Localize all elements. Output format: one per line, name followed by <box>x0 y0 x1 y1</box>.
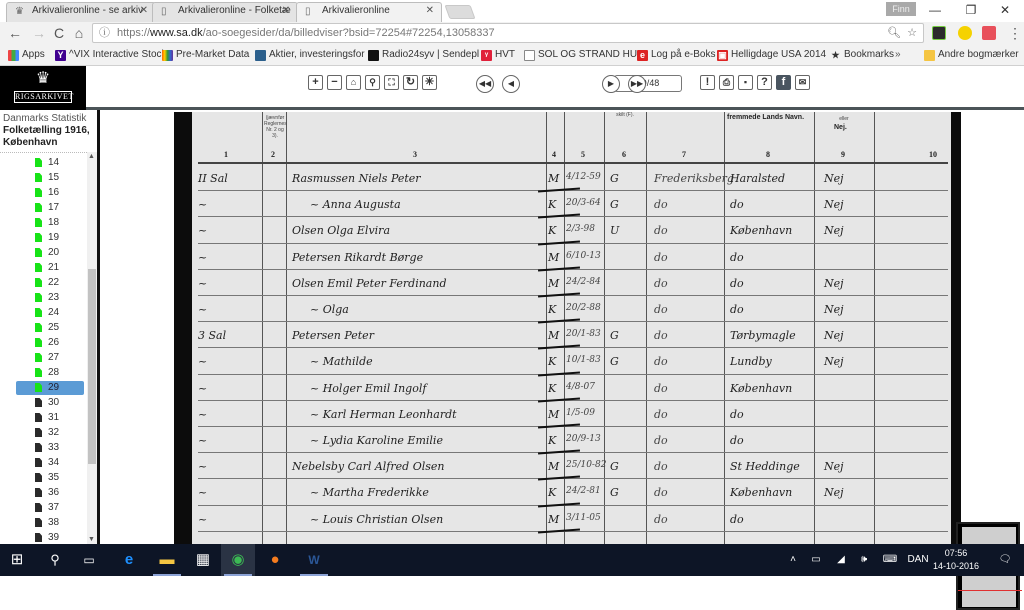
bookmark-apps[interactable]: Apps <box>8 48 45 62</box>
cell-birth-date: 4/12-59 <box>566 172 601 182</box>
cell-sex: M <box>548 251 559 264</box>
bookmark-premarket[interactable]: Pre-Market Data <box>162 48 249 62</box>
tree-item-page[interactable]: 27 <box>16 351 84 365</box>
cell-sex: M <box>548 408 559 421</box>
word-icon[interactable]: W <box>297 544 331 576</box>
browser-tab-2[interactable]: ▯ Arkivalieronline - Folketæ ✕ <box>152 2 298 22</box>
tree-item-page[interactable]: 26 <box>16 336 84 350</box>
cell-birth-date: 24/2-81 <box>566 486 601 496</box>
cell-birthplace: Frederiksberg <box>654 172 734 185</box>
restore-button[interactable]: ❐ <box>956 2 986 18</box>
tree-item-page[interactable]: 17 <box>16 201 84 215</box>
cell-birth-country: København <box>730 382 792 395</box>
cell-answer: Nej <box>824 486 844 499</box>
column-9-header-small: eller <box>824 116 864 122</box>
file-icon <box>35 428 42 437</box>
store-icon[interactable]: ▦ <box>186 544 220 576</box>
cell-answer: Nej <box>824 460 844 473</box>
cell-birth-date: 25/10-82 <box>566 460 606 470</box>
tree-item-label: 14 <box>48 157 59 168</box>
tree-item-label: 30 <box>48 397 59 408</box>
tree-item-label: 31 <box>48 412 59 423</box>
header-rule <box>198 162 948 164</box>
cell-answer: Nej <box>824 198 844 211</box>
cell-birth-country: do <box>730 434 744 447</box>
reload-button[interactable]: C <box>50 24 68 42</box>
cell-birthplace: do <box>654 486 668 499</box>
url-scheme: https:// <box>117 27 150 39</box>
rigsarkivet-logo[interactable]: ♛ Rigsarkivet <box>0 66 86 110</box>
tree-item-page[interactable]: 30 <box>16 396 84 410</box>
cell-name: Petersen Rikardt Børge <box>292 251 423 264</box>
rotate-button[interactable]: ↻ <box>403 75 418 90</box>
cell-floor: ~ <box>198 277 207 290</box>
file-icon <box>35 353 42 362</box>
crown-icon: ♛ <box>31 70 55 88</box>
firefox-icon[interactable]: ● <box>258 544 292 576</box>
zoom-out-button[interactable]: − <box>327 75 342 90</box>
cell-birthplace: do <box>654 198 668 211</box>
cell-answer: Nej <box>824 303 844 316</box>
document-viewer[interactable]: 12345678910(jævnfør Reglernes Nr. 2 og 3… <box>103 110 1024 544</box>
tree-item-label: 23 <box>48 292 59 303</box>
cell-floor: ~ <box>198 355 207 368</box>
tally-stroke <box>538 397 580 402</box>
fit-screen-button[interactable]: ⛶ <box>384 75 399 90</box>
close-tab-icon[interactable]: ✕ <box>282 2 290 20</box>
back-button[interactable]: ← <box>6 24 24 42</box>
battery-icon[interactable]: ▭ <box>808 544 824 576</box>
column-number: 9 <box>841 150 845 159</box>
cell-name: ~ Mathilde <box>310 355 373 368</box>
scroll-up-arrow[interactable]: ▲ <box>88 153 95 160</box>
close-window-button[interactable]: ✕ <box>990 2 1020 18</box>
new-tab-button[interactable] <box>444 5 475 19</box>
facebook-share-button[interactable]: f <box>776 75 791 90</box>
tree-item-label: 22 <box>48 277 59 288</box>
cell-name: ~ Holger Emil Ingolf <box>310 382 426 395</box>
cell-floor: ~ <box>198 486 207 499</box>
file-icon <box>35 383 42 392</box>
tally-stroke <box>538 528 580 533</box>
tally-stroke <box>538 502 580 507</box>
file-icon <box>35 248 42 257</box>
stocks-icon <box>255 50 266 61</box>
url-domain: www.sa.dk <box>150 27 203 39</box>
cell-name: ~ Louis Christian Olsen <box>310 513 443 526</box>
cell-sex: M <box>548 172 559 185</box>
task-view-icon[interactable]: ▭ <box>72 544 106 576</box>
cell-birth-country: do <box>730 513 744 526</box>
pdf-extension-icon[interactable] <box>982 26 996 40</box>
cell-birth-date: 20/2-88 <box>566 303 601 313</box>
row-rule <box>198 426 948 427</box>
cell-name: ~ Lydia Karoline Emilie <box>310 434 443 447</box>
cell-answer: Nej <box>824 329 844 342</box>
tab-title: Arkivalieronline - Folketæ <box>178 5 291 16</box>
cell-civil-status: G <box>610 198 619 211</box>
tree-item-page[interactable]: 39 <box>16 531 84 544</box>
wifi-icon[interactable]: ◢ <box>834 544 848 576</box>
row-rule <box>198 478 948 479</box>
tree-item-page[interactable]: 21 <box>16 261 84 275</box>
tree-item-label: 39 <box>48 532 59 543</box>
cell-birth-country: do <box>730 303 744 316</box>
tab-title: Arkivalieronline - se arkiv <box>32 5 143 16</box>
cell-sex: K <box>548 303 556 316</box>
tree-item-label: 19 <box>48 232 59 243</box>
clock-time: 07:56 <box>928 547 984 560</box>
tree-item-page[interactable]: 16 <box>16 186 84 200</box>
cell-floor: ~ <box>198 303 207 316</box>
star-icon: ★ <box>830 50 841 61</box>
cell-birth-country: do <box>730 408 744 421</box>
tally-stroke <box>538 371 580 376</box>
tree-item-label: 37 <box>48 502 59 513</box>
calendar-icon: ▣ <box>717 50 728 61</box>
tree-item-label: 32 <box>48 427 59 438</box>
file-icon <box>35 263 42 272</box>
column-number: 5 <box>581 150 585 159</box>
cell-name: Nebelsby Carl Alfred Olsen <box>292 460 444 473</box>
browser-menu-icon[interactable]: ⋮ <box>1008 24 1022 42</box>
language-indicator[interactable]: DAN <box>906 544 930 576</box>
tree-item-page[interactable]: 35 <box>16 471 84 485</box>
bookmark-bookmarks-folder[interactable]: ★Bookmarks <box>830 48 894 62</box>
file-icon <box>35 293 42 302</box>
previous-page-button[interactable]: ◀ <box>502 75 520 93</box>
cell-floor: ~ <box>198 198 207 211</box>
cell-birth-date: 6/10-13 <box>566 251 601 261</box>
scan-border-left <box>174 112 192 544</box>
tree-item-page[interactable]: 37 <box>16 501 84 515</box>
file-icon <box>35 338 42 347</box>
page-icon: ▯ <box>161 6 171 17</box>
last-page-button[interactable]: ▶▶ <box>628 75 646 93</box>
cell-name: Rasmussen Niels Peter <box>292 172 421 185</box>
cell-civil-status: G <box>610 172 619 185</box>
bookmark-radio24syv[interactable]: Radio24syv | Sendepl <box>368 48 479 62</box>
windows-taskbar: ⊞ ⚲ ▭ e ▬ ▦ ◉ ● W ˄ ▭ ◢ 🕪︎ ⌨ DAN 07:56 1… <box>0 544 1024 576</box>
cell-civil-status: G <box>610 486 619 499</box>
chrome-icon[interactable]: ◉ <box>221 544 255 576</box>
bookmark-star-icon[interactable]: ☆ <box>907 24 917 42</box>
tree-item-label: 33 <box>48 442 59 453</box>
tree-item-page[interactable]: 20 <box>16 246 84 260</box>
archive-creator: Danmarks Statistik <box>3 113 97 125</box>
logo-text: Rigsarkivet <box>14 91 72 103</box>
tree-item-label: 38 <box>48 517 59 528</box>
tree-item-page[interactable]: 19 <box>16 231 84 245</box>
close-tab-icon[interactable]: ✕ <box>140 2 148 20</box>
cell-floor: ~ <box>198 408 207 421</box>
file-icon <box>35 398 42 407</box>
row-rule <box>198 216 948 217</box>
cell-floor: ~ <box>198 460 207 473</box>
folder-icon <box>924 50 935 61</box>
page-icon: ▯ <box>305 6 315 17</box>
bookmark-aktier[interactable]: Aktier, investeringsfor <box>255 48 365 62</box>
tree-item-label: 16 <box>48 187 59 198</box>
edge-icon[interactable]: e <box>112 544 146 576</box>
tree-item-page[interactable]: 14 <box>16 156 84 170</box>
forward-button[interactable]: → <box>30 24 48 42</box>
page-number-input[interactable]: 29/48 <box>614 75 682 92</box>
page-tree: 1415161718192021222324252627282930313233… <box>0 152 97 544</box>
tree-item-label: 17 <box>48 202 59 213</box>
tree-item-label: 18 <box>48 217 59 228</box>
bookmark-sol-og-strand[interactable]: SOL OG STRAND HUS <box>524 48 644 62</box>
tree-item-label: 26 <box>48 337 59 348</box>
tree-scrollbar[interactable]: ▲ ▼ <box>87 152 97 544</box>
file-icon <box>35 218 42 227</box>
file-icon <box>35 173 42 182</box>
cell-birth-date: 10/1-83 <box>566 355 601 365</box>
tree-item-page[interactable]: 38 <box>16 516 84 530</box>
tree-item-page[interactable]: 31 <box>16 411 84 425</box>
row-rule <box>198 190 948 191</box>
tally-stroke <box>538 240 580 245</box>
cell-birthplace: do <box>654 382 668 395</box>
keyboard-icon[interactable]: ⌨ <box>880 544 900 576</box>
image-viewer-toolbar: + − ⌂ ⚲ ⛶ ↻ ✳ ◀◀ ◀ 29/48 ▶ ▶▶ ! ⎙ ▪ ? f … <box>86 66 1024 98</box>
tree-item-page[interactable]: 24 <box>16 306 84 320</box>
cell-birthplace: do <box>654 355 668 368</box>
cell-birth-country: St Heddinge <box>730 460 800 473</box>
lock-button[interactable]: ⌂ <box>346 75 361 90</box>
cell-birthplace: do <box>654 513 668 526</box>
column-number: 2 <box>271 150 275 159</box>
cell-birth-date: 24/2-84 <box>566 277 601 287</box>
cell-floor: ~ <box>198 224 207 237</box>
home-button[interactable]: ⌂ <box>70 24 88 42</box>
column-2-header: (jævnfør Reglernes Nr. 2 og 3). <box>264 115 286 139</box>
cell-name: ~ Martha Frederikke <box>310 486 429 499</box>
cell-floor: 3 Sal <box>198 329 226 342</box>
tree-item-page[interactable]: 22 <box>16 276 84 290</box>
cell-floor: ~ <box>198 513 207 526</box>
cell-name: ~ Karl Herman Leonhardt <box>310 408 457 421</box>
address-bar[interactable]: ⓘ https://www.sa.dk/ao-soegesider/da/bil… <box>92 23 924 43</box>
column-number: 8 <box>766 150 770 159</box>
tree-item-label: 36 <box>48 487 59 498</box>
bookmark-vix[interactable]: Y^VIX Interactive Stock <box>55 48 167 62</box>
tree-item-label: 27 <box>48 352 59 363</box>
cell-name: Petersen Peter <box>292 329 374 342</box>
extension-icon-1[interactable] <box>932 26 946 40</box>
tree-item-page[interactable]: 23 <box>16 291 84 305</box>
report-error-button[interactable]: ! <box>700 75 715 90</box>
clock-date: 14-10-2016 <box>928 560 984 573</box>
tree-item-page[interactable]: 15 <box>16 171 84 185</box>
cell-birthplace: do <box>654 303 668 316</box>
sidebar-title: Danmarks Statistik Folketælling 1916, Kø… <box>3 113 97 149</box>
first-page-button[interactable]: ◀◀ <box>476 75 494 93</box>
column-number: 6 <box>622 150 626 159</box>
url-path: /ao-soegesider/da/billedviser?bsid=72254… <box>203 27 495 39</box>
row-rule <box>198 321 948 322</box>
cell-birthplace: do <box>654 460 668 473</box>
cell-civil-status: G <box>610 329 619 342</box>
file-icon <box>35 533 42 542</box>
nbc-peacock-icon <box>162 50 173 61</box>
row-rule <box>198 295 948 296</box>
cell-birth-country: do <box>730 251 744 264</box>
scroll-down-arrow[interactable]: ▼ <box>88 536 95 543</box>
tree-item-page[interactable]: 28 <box>16 366 84 380</box>
cell-birth-country: København <box>730 224 792 237</box>
cell-birthplace: do <box>654 408 668 421</box>
info-icon[interactable]: ⓘ <box>99 24 110 42</box>
volume-icon[interactable]: 🕪︎ <box>856 544 872 576</box>
tree-item-label: 29 <box>48 382 59 393</box>
file-icon <box>35 158 42 167</box>
browser-tab-1[interactable]: ♛ Arkivalieronline - se arkiv ✕ <box>6 2 156 22</box>
cell-civil-status: G <box>610 460 619 473</box>
cell-sex: M <box>548 329 559 342</box>
minimize-button[interactable]: — <box>920 2 950 18</box>
cell-civil-status: G <box>610 355 619 368</box>
scrollbar-thumb[interactable] <box>88 269 96 464</box>
print-button[interactable]: ⎙ <box>719 75 734 90</box>
archive-series: Folketælling 1916, København <box>3 125 97 149</box>
radio-icon <box>368 50 379 61</box>
cell-birth-date: 2/3-98 <box>566 224 595 234</box>
action-center-icon[interactable]: 🗨︎ <box>996 544 1014 576</box>
magnifier-button[interactable]: ⚲ <box>365 75 380 90</box>
web-page: ♛ Rigsarkivet + − ⌂ ⚲ ⛶ ↻ ✳ ◀◀ ◀ 29/48 ▶… <box>0 66 1024 544</box>
file-icon <box>35 503 42 512</box>
bookmark-eboks[interactable]: eLog på e-Boks <box>637 48 716 62</box>
browser-tab-strip: ♛ Arkivalieronline - se arkiv ✕ ▯ Arkiva… <box>0 0 1024 22</box>
cell-answer: Nej <box>824 355 844 368</box>
cell-birthplace: do <box>654 434 668 447</box>
cell-civil-status: U <box>610 224 619 237</box>
cell-birthplace: do <box>654 224 668 237</box>
column-9-header-bold: Nej. <box>834 124 847 131</box>
file-icon <box>35 443 42 452</box>
cell-birth-country: Lundby <box>730 355 772 368</box>
extension-icon-2[interactable] <box>958 26 972 40</box>
cell-birth-date: 20/9-13 <box>566 434 601 444</box>
cell-answer: Nej <box>824 224 844 237</box>
tree-item-label: 15 <box>48 172 59 183</box>
cell-name: Olsen Emil Peter Ferdinand <box>292 277 447 290</box>
cell-sex: K <box>548 382 556 395</box>
file-explorer-icon[interactable]: ▬ <box>150 544 184 576</box>
cell-birth-country: do <box>730 198 744 211</box>
tree-item-label: 35 <box>48 472 59 483</box>
tree-item-page[interactable]: 33 <box>16 441 84 455</box>
column-6-header: skilt (F). <box>606 112 644 118</box>
tab-title: Arkivalieronline <box>322 5 390 16</box>
tree-item-page[interactable]: 32 <box>16 426 84 440</box>
tree-item-label: 34 <box>48 457 59 468</box>
cell-birth-date: 20/1-83 <box>566 329 601 339</box>
profile-badge[interactable]: Finn <box>886 2 916 16</box>
next-page-button[interactable]: ▶ <box>602 75 620 93</box>
tree-item-label: 25 <box>48 322 59 333</box>
cell-birth-date: 4/8-07 <box>566 382 595 392</box>
windows-start-icon[interactable]: ⊞ <box>0 544 34 576</box>
column-number: 10 <box>929 150 937 159</box>
cell-sex: M <box>548 513 559 526</box>
bookmark-overflow-button[interactable]: » <box>895 48 901 62</box>
hvt-icon: ᵞ <box>481 50 492 61</box>
page-icon <box>524 50 535 61</box>
zoom-in-button[interactable]: + <box>308 75 323 90</box>
browser-toolbar: ← → C ⌂ ⓘ https://www.sa.dk/ao-soegeside… <box>0 22 1024 44</box>
bookmark-helligdage[interactable]: ▣Helligdage USA 2014 <box>717 48 826 62</box>
bookmark-other[interactable]: Andre bogmærker <box>924 48 1019 62</box>
bookmarks-bar: Apps Y^VIX Interactive Stock Pre-Market … <box>0 44 1024 66</box>
close-tab-icon[interactable]: ✕ <box>426 2 434 20</box>
zoom-icon[interactable]: 🔍︎ <box>887 24 901 42</box>
bookmark-hvt[interactable]: ᵞHVT <box>481 48 515 62</box>
email-share-button[interactable]: ✉ <box>795 75 810 90</box>
file-icon <box>35 473 42 482</box>
cell-birth-country: Haralsted <box>730 172 785 185</box>
tree-item-page[interactable]: 34 <box>16 456 84 470</box>
cell-sex: M <box>548 277 559 290</box>
help-button[interactable]: ? <box>757 75 772 90</box>
tree-item-label: 21 <box>48 262 59 273</box>
column-8-header: fremmede Lands Navn. <box>727 114 804 121</box>
cell-floor: ~ <box>198 382 207 395</box>
file-icon <box>35 488 42 497</box>
cell-birth-country: do <box>730 277 744 290</box>
save-button[interactable]: ▪ <box>738 75 753 90</box>
row-rule <box>198 347 948 348</box>
cell-birth-country: København <box>730 486 792 499</box>
archive-sidebar: Danmarks Statistik Folketælling 1916, Kø… <box>0 110 100 544</box>
file-icon <box>35 308 42 317</box>
cell-sex: K <box>548 198 556 211</box>
eboks-icon: e <box>637 50 648 61</box>
tree-item-page[interactable]: 29 <box>16 381 84 395</box>
search-icon[interactable]: ⚲ <box>38 544 72 576</box>
tree-item-page[interactable]: 36 <box>16 486 84 500</box>
file-icon <box>35 368 42 377</box>
column-number: 3 <box>413 150 417 159</box>
file-icon <box>35 458 42 467</box>
cell-birth-date: 3/11-05 <box>566 513 601 523</box>
cell-floor: II Sal <box>198 172 228 185</box>
tree-item-page[interactable]: 18 <box>16 216 84 230</box>
census-page-scan[interactable]: 12345678910(jævnfør Reglernes Nr. 2 og 3… <box>174 112 961 544</box>
browser-tab-3-active[interactable]: ▯ Arkivalieronline ✕ <box>296 2 442 22</box>
cell-name: ~ Olga <box>310 303 349 316</box>
cell-floor: ~ <box>198 251 207 264</box>
file-icon <box>35 518 42 527</box>
cell-answer: Nej <box>824 172 844 185</box>
tree-item-page[interactable]: 25 <box>16 321 84 335</box>
file-icon <box>35 323 42 332</box>
cell-name: Olsen Olga Elvira <box>292 224 390 237</box>
column-number: 7 <box>682 150 686 159</box>
cell-floor: ~ <box>198 434 207 447</box>
show-hidden-icons[interactable]: ˄ <box>786 544 800 576</box>
cell-birth-date: 1/5-09 <box>566 408 595 418</box>
crown-icon: ♛ <box>15 6 25 17</box>
column-number: 4 <box>552 150 556 159</box>
apps-icon <box>8 50 19 61</box>
scan-border-right <box>951 112 961 544</box>
clock[interactable]: 07:56 14-10-2016 <box>928 547 984 573</box>
brightness-button[interactable]: ✳ <box>422 75 437 90</box>
file-icon <box>35 188 42 197</box>
cell-birthplace: do <box>654 251 668 264</box>
